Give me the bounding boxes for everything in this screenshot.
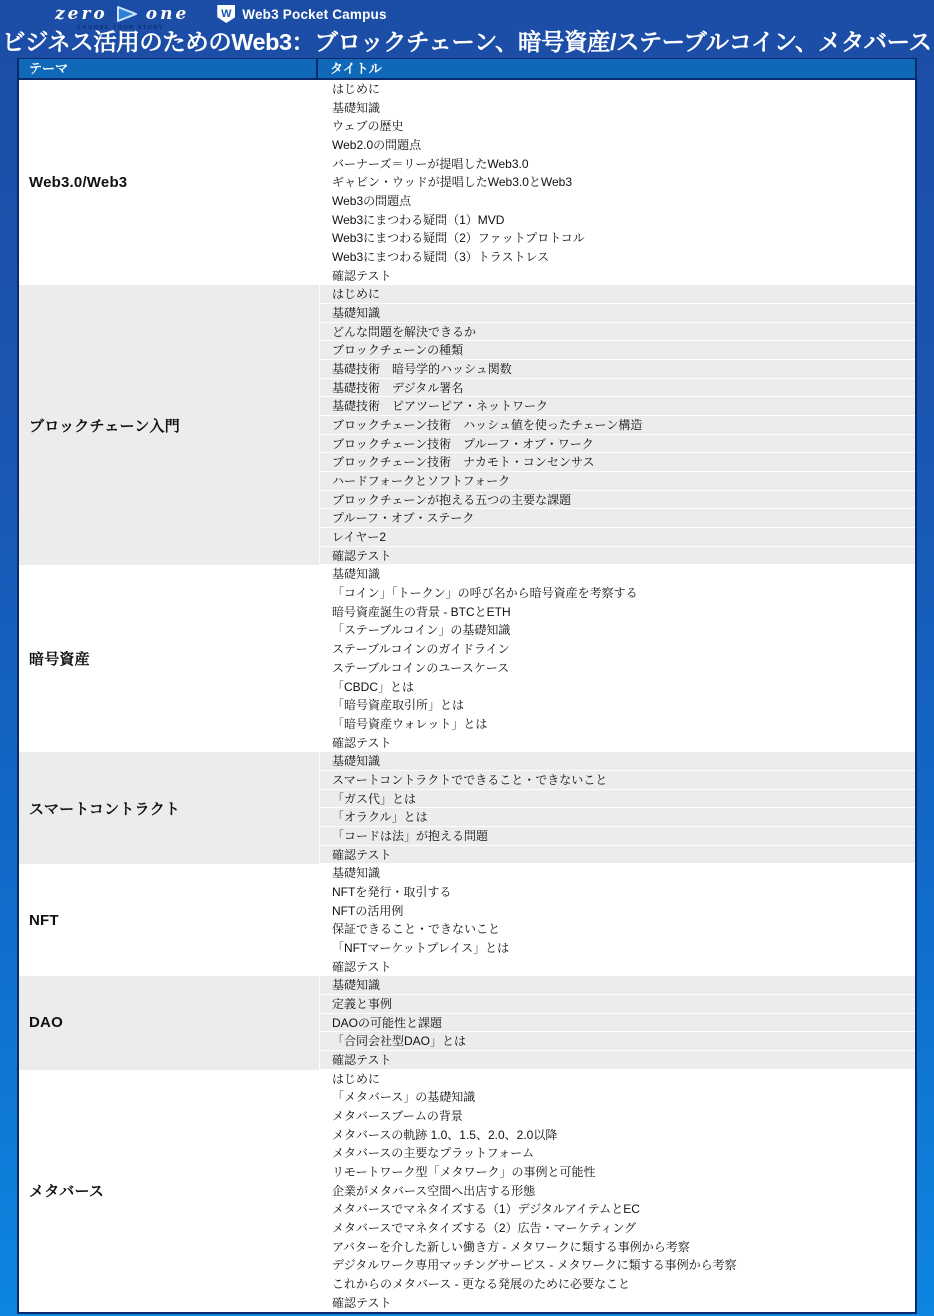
table-section: メタバースはじめに「メタバース」の基礎知識メタバースブームの背景メタバースの軌跡… bbox=[19, 1070, 915, 1313]
title-row: Web2.0の問題点 bbox=[320, 136, 915, 155]
theme-label: メタバース bbox=[29, 1180, 104, 1201]
theme-cell: 暗号資産 bbox=[19, 565, 319, 752]
title-row: 確認テスト bbox=[320, 547, 915, 566]
title-row: 基礎知識 bbox=[320, 565, 915, 584]
title-row: 確認テスト bbox=[320, 958, 915, 977]
table-section: 暗号資産基礎知識「コイン」「トークン」の呼び名から暗号資産を考察する暗号資産誕生… bbox=[19, 565, 915, 752]
curriculum-table: テーマ タイトル Web3.0/Web3はじめに基礎知識ウェブの歴史Web2.0… bbox=[17, 58, 917, 1314]
title-row: ハードフォークとソフトフォーク bbox=[320, 472, 915, 491]
titles-column: はじめに基礎知識どんな問題を解決できるかブロックチェーンの種類基礎技術 暗号学的… bbox=[319, 285, 915, 565]
top-bar: zero one CHOOSE YOUR STORY W Web3 Pocket… bbox=[0, 0, 934, 28]
zero-one-logo: zero one CHOOSE YOUR STORY bbox=[55, 4, 189, 24]
title-row: Web3にまつわる疑問（1）MVD bbox=[320, 211, 915, 230]
title-row: 確認テスト bbox=[320, 846, 915, 865]
title-row: ブロックチェーン技術 ナカモト・コンセンサス bbox=[320, 453, 915, 472]
column-header-title: タイトル bbox=[318, 59, 915, 78]
theme-label: Web3.0/Web3 bbox=[29, 174, 127, 191]
title-row: 「合同会社型DAO」とは bbox=[320, 1032, 915, 1051]
theme-cell: ブロックチェーン入門 bbox=[19, 285, 319, 565]
titles-column: はじめに「メタバース」の基礎知識メタバースブームの背景メタバースの軌跡 1.0、… bbox=[319, 1070, 915, 1313]
title-row: 「コードは法」が抱える問題 bbox=[320, 827, 915, 846]
title-row: 企業がメタバース空間へ出店する形態 bbox=[320, 1182, 915, 1201]
title-row: DAOの可能性と課題 bbox=[320, 1014, 915, 1033]
title-row: Web3の問題点 bbox=[320, 192, 915, 211]
theme-cell: メタバース bbox=[19, 1070, 319, 1313]
title-row: 基礎知識 bbox=[320, 99, 915, 118]
title-row: はじめに bbox=[320, 285, 915, 304]
table-body: Web3.0/Web3はじめに基礎知識ウェブの歴史Web2.0の問題点バーナーズ… bbox=[19, 80, 915, 1312]
title-row: アバターを介した新しい働き方 - メタワークに類する事例から考察 bbox=[320, 1238, 915, 1257]
title-row: 基礎知識 bbox=[320, 752, 915, 771]
table-header-row: テーマ タイトル bbox=[19, 59, 915, 80]
titles-column: 基礎知識スマートコントラクトでできること・できないこと「ガス代」とは「オラクル」… bbox=[319, 752, 915, 864]
page-title: ビジネス活用のためのWeb3：ブロックチェーン、暗号資産/ステーブルコイン、メタ… bbox=[0, 28, 934, 58]
title-row: 基礎知識 bbox=[320, 304, 915, 323]
title-row: はじめに bbox=[320, 1070, 915, 1089]
title-row: NFTの活用例 bbox=[320, 902, 915, 921]
title-row: はじめに bbox=[320, 80, 915, 99]
badge-label: Web3 Pocket Campus bbox=[242, 7, 386, 22]
theme-cell: Web3.0/Web3 bbox=[19, 80, 319, 285]
theme-cell: DAO bbox=[19, 976, 319, 1069]
title-row: ブロックチェーン技術 ハッシュ値を使ったチェーン構造 bbox=[320, 416, 915, 435]
titles-column: はじめに基礎知識ウェブの歴史Web2.0の問題点バーナーズ＝リーが提唱したWeb… bbox=[319, 80, 915, 285]
title-row: バーナーズ＝リーが提唱したWeb3.0 bbox=[320, 155, 915, 174]
title-row: Web3にまつわる疑問（3）トラストレス bbox=[320, 248, 915, 267]
title-row: 基礎技術 暗号学的ハッシュ関数 bbox=[320, 360, 915, 379]
title-row: 確認テスト bbox=[320, 267, 915, 286]
title-row: これからのメタバース - 更なる発展のために必要なこと bbox=[320, 1275, 915, 1294]
theme-label: DAO bbox=[29, 1014, 63, 1031]
title-row: ブロックチェーンの種類 bbox=[320, 341, 915, 360]
table-section: Web3.0/Web3はじめに基礎知識ウェブの歴史Web2.0の問題点バーナーズ… bbox=[19, 80, 915, 285]
table-section: ブロックチェーン入門はじめに基礎知識どんな問題を解決できるかブロックチェーンの種… bbox=[19, 285, 915, 565]
title-row: 基礎技術 ピアツーピア・ネットワーク bbox=[320, 397, 915, 416]
theme-label: NFT bbox=[29, 912, 59, 929]
title-row: ウェブの歴史 bbox=[320, 117, 915, 136]
title-row: リモートワーク型「メタワーク」の事例と可能性 bbox=[320, 1163, 915, 1182]
title-row: レイヤー2 bbox=[320, 528, 915, 547]
web3-pocket-campus-brand: W Web3 Pocket Campus bbox=[217, 5, 386, 23]
logo-one-text: one bbox=[146, 4, 190, 24]
table-section: NFT基礎知識NFTを発行・取引するNFTの活用例保証できること・できないこと「… bbox=[19, 864, 915, 976]
title-row: ブロックチェーン技術 プルーフ・オブ・ワーク bbox=[320, 435, 915, 454]
title-row: 確認テスト bbox=[320, 1051, 915, 1070]
title-row: デジタルワーク専用マッチングサービス - メタワークに類する事例から考察 bbox=[320, 1256, 915, 1275]
title-row: メタバースの軌跡 1.0、1.5、2.0、2.0以降 bbox=[320, 1126, 915, 1145]
title-row: ギャビン・ウッドが提唱したWeb3.0とWeb3 bbox=[320, 173, 915, 192]
table-section: DAO基礎知識定義と事例DAOの可能性と課題「合同会社型DAO」とは確認テスト bbox=[19, 976, 915, 1069]
titles-column: 基礎知識「コイン」「トークン」の呼び名から暗号資産を考察する暗号資産誕生の背景 … bbox=[319, 565, 915, 752]
title-row: NFTを発行・取引する bbox=[320, 883, 915, 902]
title-row: 確認テスト bbox=[320, 734, 915, 753]
logo-tagline: CHOOSE YOUR STORY bbox=[77, 25, 164, 31]
title-row: メタバースブームの背景 bbox=[320, 1107, 915, 1126]
title-row: メタバースでマネタイズする（2）広告・マーケティング bbox=[320, 1219, 915, 1238]
title-row: 「暗号資産ウォレット」とは bbox=[320, 715, 915, 734]
title-row: 「暗号資産取引所」とは bbox=[320, 696, 915, 715]
title-row: 「CBDC」とは bbox=[320, 678, 915, 697]
title-row: 「NFTマーケットプレイス」とは bbox=[320, 939, 915, 958]
title-row: 「コイン」「トークン」の呼び名から暗号資産を考察する bbox=[320, 584, 915, 603]
column-header-theme: テーマ bbox=[19, 59, 318, 78]
title-row: 基礎技術 デジタル署名 bbox=[320, 379, 915, 398]
title-row: 「ステーブルコイン」の基礎知識 bbox=[320, 621, 915, 640]
title-row: ブロックチェーンが抱える五つの主要な課題 bbox=[320, 491, 915, 510]
table-section: スマートコントラクト基礎知識スマートコントラクトでできること・できないこと「ガス… bbox=[19, 752, 915, 864]
title-row: 定義と事例 bbox=[320, 995, 915, 1014]
title-row: プルーフ・オブ・ステーク bbox=[320, 509, 915, 528]
title-row: ステーブルコインのユースケース bbox=[320, 659, 915, 678]
title-row: 基礎知識 bbox=[320, 864, 915, 883]
titles-column: 基礎知識定義と事例DAOの可能性と課題「合同会社型DAO」とは確認テスト bbox=[319, 976, 915, 1069]
play-triangle-icon bbox=[116, 5, 138, 23]
title-row: メタバースでマネタイズする（1）デジタルアイテムとEC bbox=[320, 1200, 915, 1219]
title-row: 保証できること・できないこと bbox=[320, 920, 915, 939]
logo-zero-text: zero bbox=[55, 4, 108, 24]
title-row: 「メタバース」の基礎知識 bbox=[320, 1088, 915, 1107]
title-row: Web3にまつわる疑問（2）ファットプロトコル bbox=[320, 229, 915, 248]
title-row: 「オラクル」とは bbox=[320, 808, 915, 827]
title-row: どんな問題を解決できるか bbox=[320, 323, 915, 342]
title-row: 確認テスト bbox=[320, 1294, 915, 1313]
title-row: 基礎知識 bbox=[320, 976, 915, 995]
title-row: スマートコントラクトでできること・できないこと bbox=[320, 771, 915, 790]
title-row: ステーブルコインのガイドライン bbox=[320, 640, 915, 659]
title-row: 「ガス代」とは bbox=[320, 790, 915, 809]
theme-cell: NFT bbox=[19, 864, 319, 976]
theme-label: 暗号資産 bbox=[29, 648, 90, 669]
title-row: 暗号資産誕生の背景 - BTCとETH bbox=[320, 603, 915, 622]
titles-column: 基礎知識NFTを発行・取引するNFTの活用例保証できること・できないこと「NFT… bbox=[319, 864, 915, 976]
w-shield-icon: W bbox=[217, 5, 235, 23]
theme-cell: スマートコントラクト bbox=[19, 752, 319, 864]
theme-label: ブロックチェーン入門 bbox=[29, 415, 180, 436]
theme-label: スマートコントラクト bbox=[29, 798, 180, 819]
title-row: メタバースの主要なプラットフォーム bbox=[320, 1144, 915, 1163]
